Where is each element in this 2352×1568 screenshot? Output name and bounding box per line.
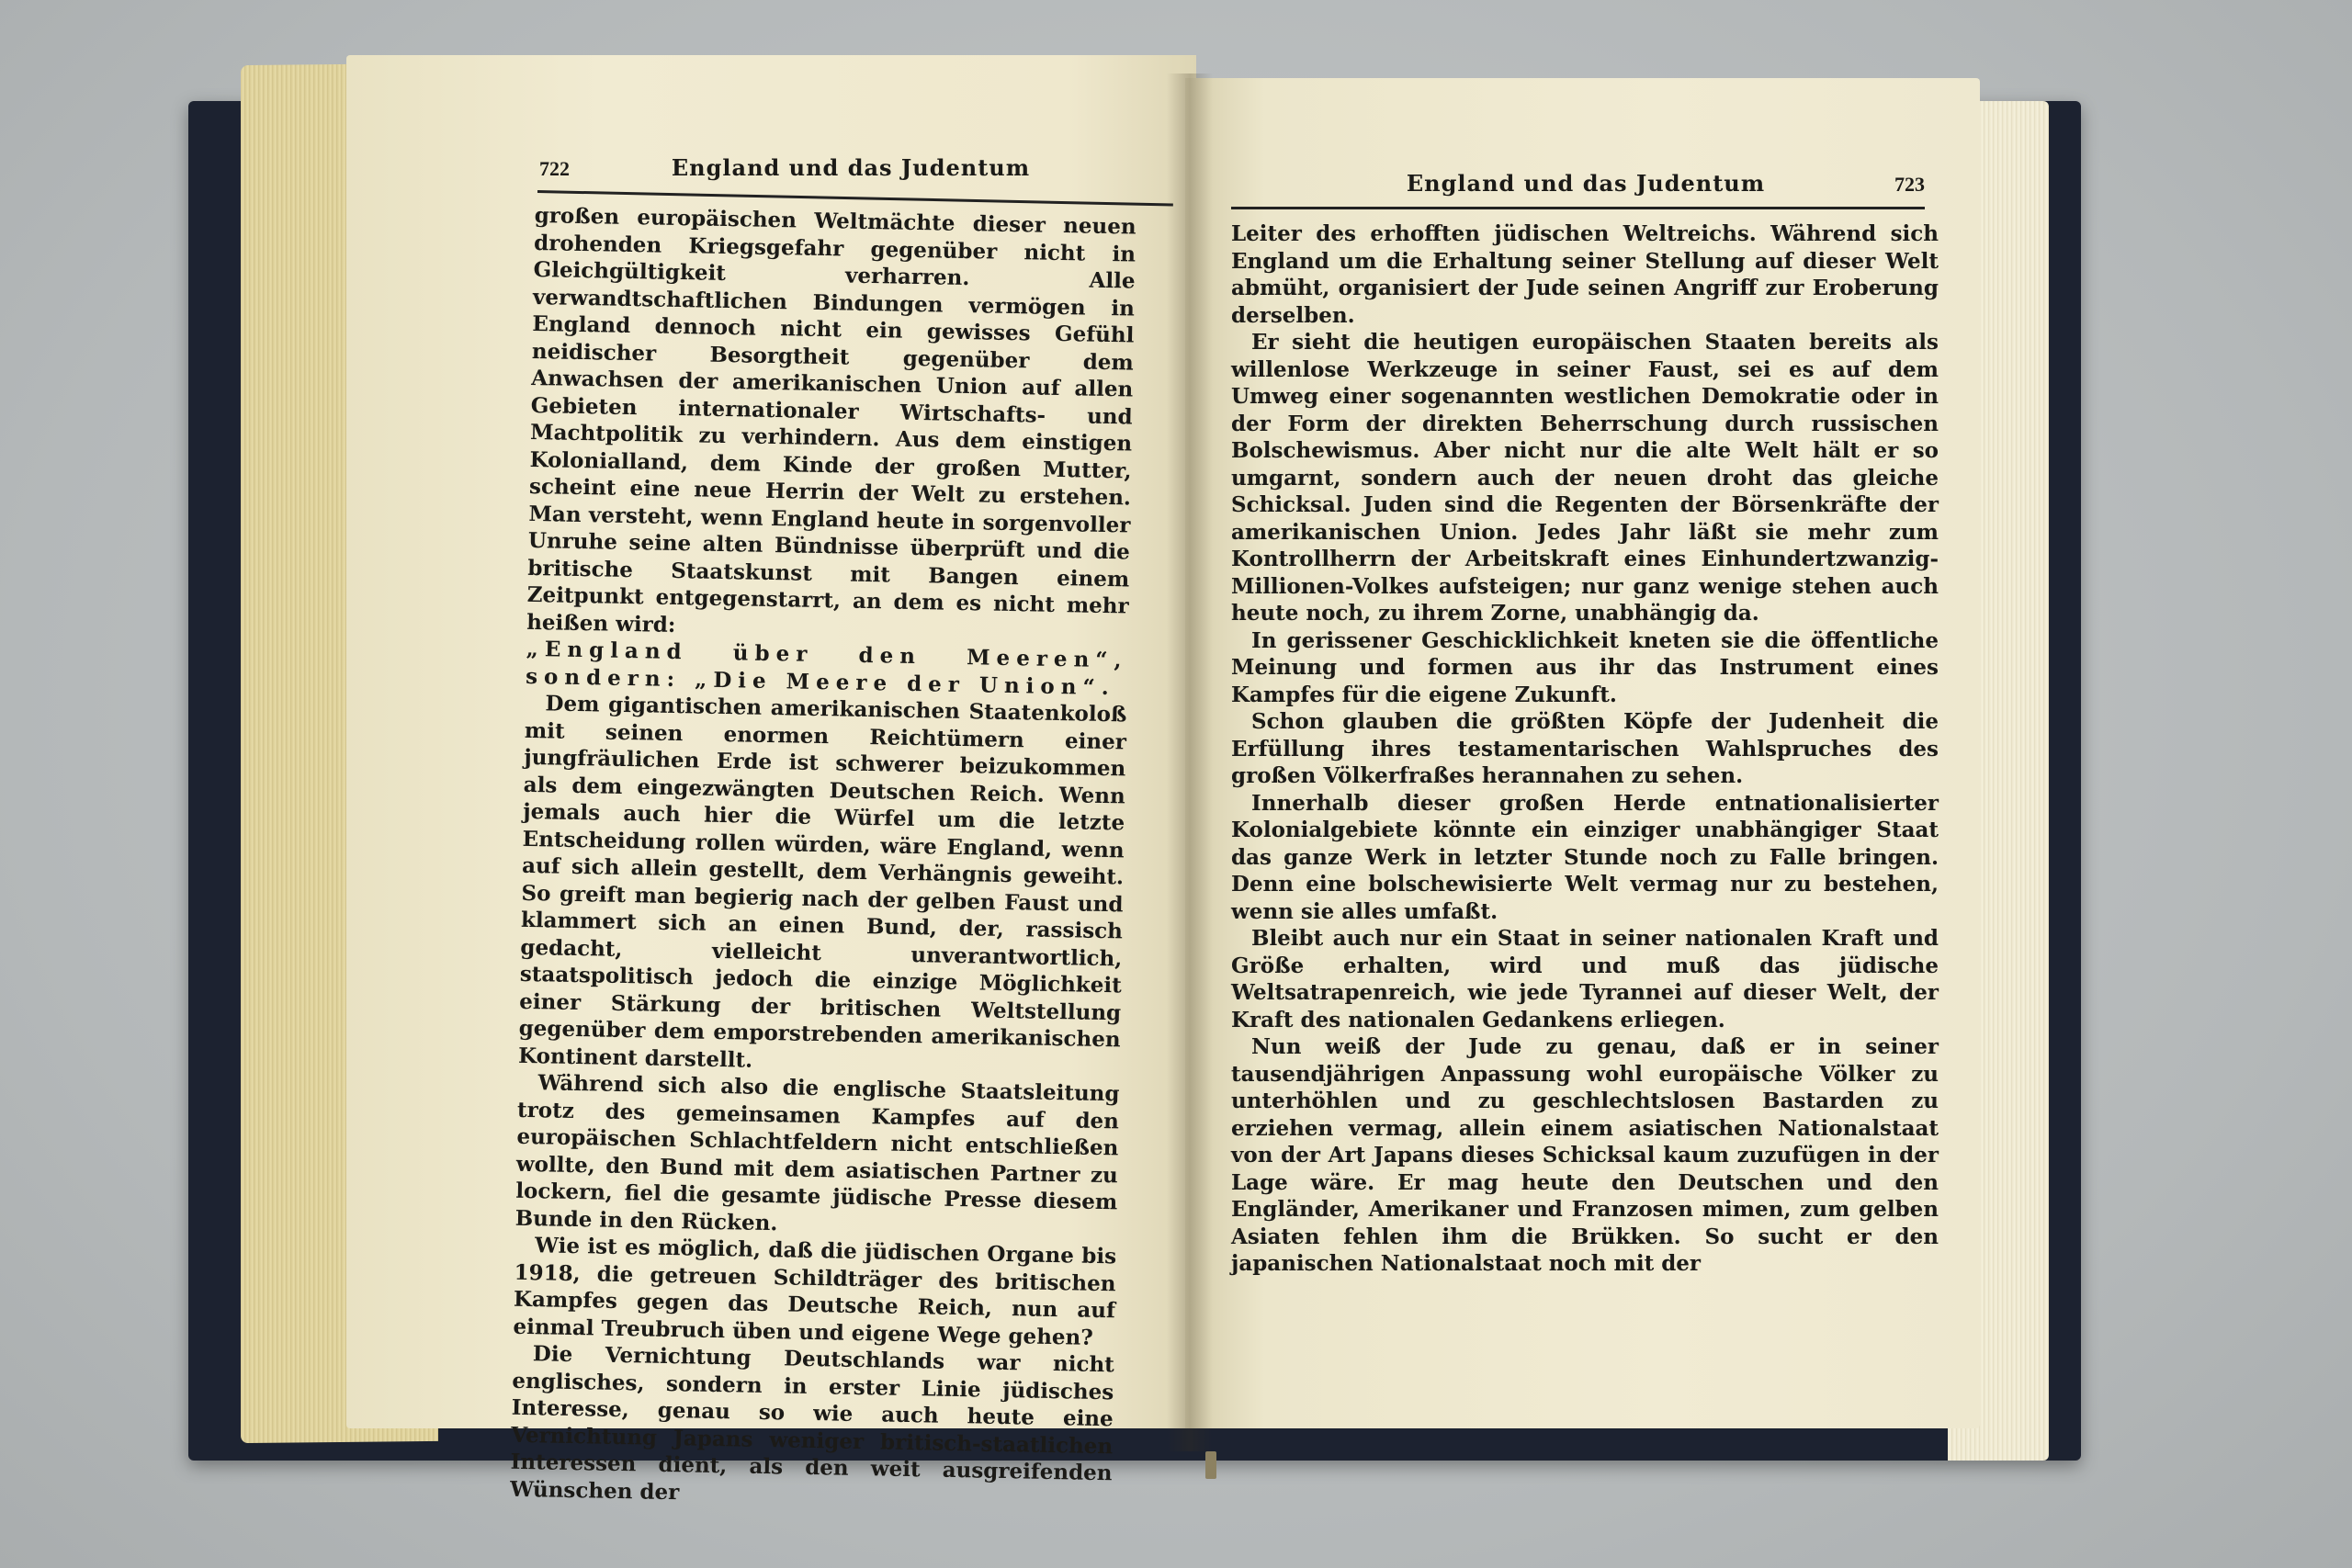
left-page-header: 722 England und das Judentum xyxy=(346,154,1196,181)
book-gutter xyxy=(1167,73,1213,1451)
running-head: England und das Judentum xyxy=(570,154,1132,181)
paragraph: Innerhalb dieser großen Herde entnationa… xyxy=(1231,790,1939,926)
left-page-body: großen europäischen Weltmächte dieser ne… xyxy=(510,202,1136,1514)
running-head: England und das Judentum xyxy=(1277,170,1894,197)
page-number: 722 xyxy=(539,157,570,181)
paragraph: Leiter des erhofften jüdischen Weltreich… xyxy=(1231,220,1939,329)
paragraph: Die Vernichtung Deutschlands war nicht e… xyxy=(510,1340,1114,1515)
bookmark-ribbon xyxy=(1205,1451,1216,1479)
paragraph: Während sich also die englische Staatsle… xyxy=(514,1069,1119,1244)
right-page-header: England und das Judentum 723 xyxy=(1185,170,1980,197)
paragraph: großen europäischen Weltmächte dieser ne… xyxy=(526,202,1136,647)
right-page-body: Leiter des erhofften jüdischen Weltreich… xyxy=(1231,220,1939,1278)
page-number: 723 xyxy=(1894,173,1925,197)
right-page: England und das Judentum 723 Leiter des … xyxy=(1185,78,1980,1428)
paragraph: Wie ist es möglich, daß die jüdischen Or… xyxy=(513,1232,1116,1352)
paragraph: Er sieht die heutigen europäischen Staat… xyxy=(1231,329,1939,627)
left-page: 722 England und das Judentum großen euro… xyxy=(346,55,1196,1428)
paragraph: Dem gigantischen amerikanischen Staatenk… xyxy=(518,690,1127,1080)
paragraph: Nun weiß der Jude zu genau, daß er in se… xyxy=(1231,1033,1939,1278)
paragraph: Schon glauben die größten Köpfe der Jude… xyxy=(1231,708,1939,790)
paragraph: Bleibt auch nur ein Staat in seiner nati… xyxy=(1231,925,1939,1033)
paragraph: In gerissener Geschicklichkeit kneten si… xyxy=(1231,627,1939,709)
header-rule xyxy=(1231,207,1925,209)
